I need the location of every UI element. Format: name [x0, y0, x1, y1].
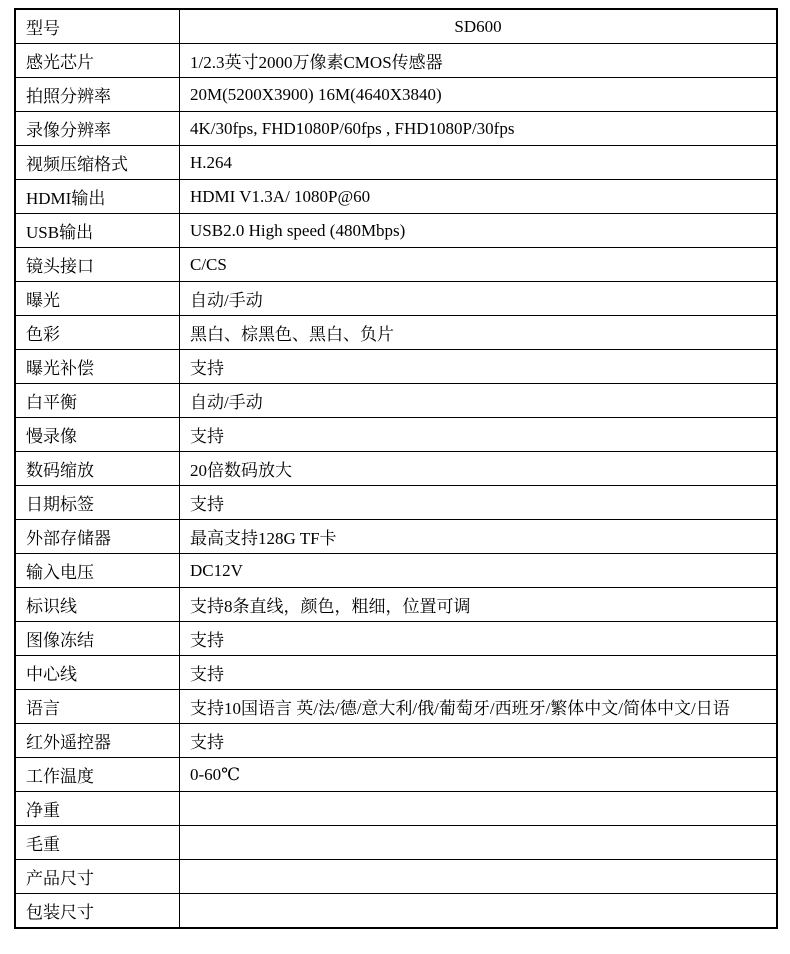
- spec-label: 工作温度: [15, 758, 180, 792]
- spec-label: 白平衡: [15, 384, 180, 418]
- table-row: 录像分辨率4K/30fps, FHD1080P/60fps , FHD1080P…: [15, 112, 777, 146]
- spec-value: 最高支持128G TF卡: [180, 520, 778, 554]
- spec-label: 色彩: [15, 316, 180, 350]
- spec-label: 毛重: [15, 826, 180, 860]
- table-row: 中心线支持: [15, 656, 777, 690]
- table-row: 白平衡自动/手动: [15, 384, 777, 418]
- table-row: 产品尺寸: [15, 860, 777, 894]
- spec-value: C/CS: [180, 248, 778, 282]
- table-row: 镜头接口C/CS: [15, 248, 777, 282]
- spec-value: 支持: [180, 486, 778, 520]
- spec-label: 外部存储器: [15, 520, 180, 554]
- spec-value: 0-60℃: [180, 758, 778, 792]
- spec-label: 中心线: [15, 656, 180, 690]
- spec-value: 支持: [180, 656, 778, 690]
- spec-label: 包装尺寸: [15, 894, 180, 929]
- spec-table: 型号SD600感光芯片1/2.3英寸2000万像素CMOS传感器拍照分辨率20M…: [14, 8, 778, 929]
- spec-value: 自动/手动: [180, 282, 778, 316]
- table-row: 感光芯片1/2.3英寸2000万像素CMOS传感器: [15, 44, 777, 78]
- spec-value: 20倍数码放大: [180, 452, 778, 486]
- spec-label: 感光芯片: [15, 44, 180, 78]
- spec-value: 支持: [180, 724, 778, 758]
- spec-label: 日期标签: [15, 486, 180, 520]
- spec-value: 自动/手动: [180, 384, 778, 418]
- spec-value: SD600: [180, 9, 778, 44]
- spec-label: HDMI输出: [15, 180, 180, 214]
- spec-label: 曝光补偿: [15, 350, 180, 384]
- spec-value: [180, 860, 778, 894]
- spec-value: USB2.0 High speed (480Mbps): [180, 214, 778, 248]
- table-row: 图像冻结支持: [15, 622, 777, 656]
- spec-value: H.264: [180, 146, 778, 180]
- spec-label: 型号: [15, 9, 180, 44]
- table-row: 输入电压DC12V: [15, 554, 777, 588]
- spec-value: 支持10国语言 英/法/德/意大利/俄/葡萄牙/西班牙/繁体中文/简体中文/日语: [180, 690, 778, 724]
- spec-value: [180, 826, 778, 860]
- table-row: 慢录像支持: [15, 418, 777, 452]
- spec-value: 4K/30fps, FHD1080P/60fps , FHD1080P/30fp…: [180, 112, 778, 146]
- table-row: 标识线支持8条直线，颜色，粗细，位置可调: [15, 588, 777, 622]
- table-row: 日期标签支持: [15, 486, 777, 520]
- spec-value: 支持: [180, 622, 778, 656]
- table-row: 工作温度0-60℃: [15, 758, 777, 792]
- spec-label: 标识线: [15, 588, 180, 622]
- spec-label: 拍照分辨率: [15, 78, 180, 112]
- spec-value: 1/2.3英寸2000万像素CMOS传感器: [180, 44, 778, 78]
- spec-value: [180, 792, 778, 826]
- table-row: 曝光补偿支持: [15, 350, 777, 384]
- spec-value: 支持: [180, 418, 778, 452]
- table-row: 毛重: [15, 826, 777, 860]
- table-row: 红外遥控器支持: [15, 724, 777, 758]
- spec-value: [180, 894, 778, 929]
- spec-label: USB输出: [15, 214, 180, 248]
- spec-label: 语言: [15, 690, 180, 724]
- spec-label: 曝光: [15, 282, 180, 316]
- spec-value: DC12V: [180, 554, 778, 588]
- spec-value: 黑白、棕黑色、黑白、负片: [180, 316, 778, 350]
- spec-label: 红外遥控器: [15, 724, 180, 758]
- spec-label: 图像冻结: [15, 622, 180, 656]
- table-row: 包装尺寸: [15, 894, 777, 929]
- spec-table-body: 型号SD600感光芯片1/2.3英寸2000万像素CMOS传感器拍照分辨率20M…: [15, 9, 777, 928]
- table-row: 语言支持10国语言 英/法/德/意大利/俄/葡萄牙/西班牙/繁体中文/简体中文/…: [15, 690, 777, 724]
- spec-label: 慢录像: [15, 418, 180, 452]
- table-row: 型号SD600: [15, 9, 777, 44]
- table-row: 净重: [15, 792, 777, 826]
- spec-label: 产品尺寸: [15, 860, 180, 894]
- table-row: 数码缩放20倍数码放大: [15, 452, 777, 486]
- table-row: USB输出USB2.0 High speed (480Mbps): [15, 214, 777, 248]
- spec-value: HDMI V1.3A/ 1080P@60: [180, 180, 778, 214]
- spec-label: 数码缩放: [15, 452, 180, 486]
- spec-label: 镜头接口: [15, 248, 180, 282]
- table-row: 视频压缩格式H.264: [15, 146, 777, 180]
- spec-label: 净重: [15, 792, 180, 826]
- spec-value: 20M(5200X3900) 16M(4640X3840): [180, 78, 778, 112]
- spec-value: 支持8条直线，颜色，粗细，位置可调: [180, 588, 778, 622]
- spec-sheet-page: 型号SD600感光芯片1/2.3英寸2000万像素CMOS传感器拍照分辨率20M…: [0, 0, 790, 954]
- spec-label: 录像分辨率: [15, 112, 180, 146]
- table-row: 色彩黑白、棕黑色、黑白、负片: [15, 316, 777, 350]
- table-row: 拍照分辨率20M(5200X3900) 16M(4640X3840): [15, 78, 777, 112]
- table-row: 曝光自动/手动: [15, 282, 777, 316]
- spec-label: 输入电压: [15, 554, 180, 588]
- table-row: 外部存储器最高支持128G TF卡: [15, 520, 777, 554]
- table-row: HDMI输出HDMI V1.3A/ 1080P@60: [15, 180, 777, 214]
- spec-label: 视频压缩格式: [15, 146, 180, 180]
- spec-value: 支持: [180, 350, 778, 384]
